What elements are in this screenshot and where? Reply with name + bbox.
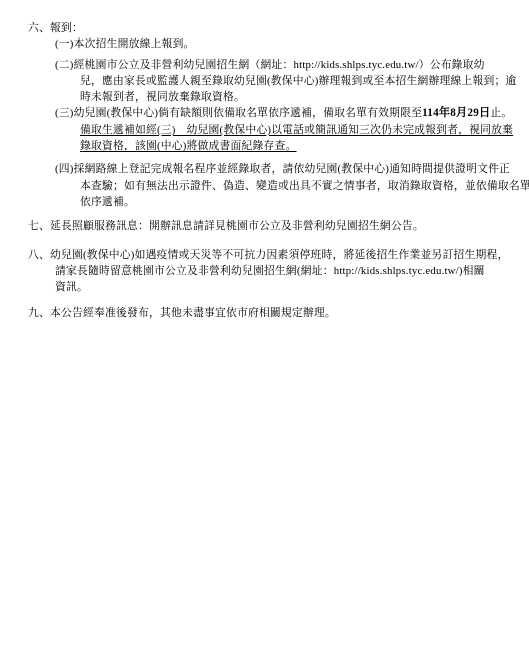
line-text: 幼兒園(教保中心)倘有缺額則依備取名單依序遞補，備取名單有效期限至	[74, 107, 423, 119]
paragraph-spacer	[0, 235, 515, 247]
line-text: 止。	[490, 107, 512, 119]
line-text: 兒，應由家長或監護人親至錄取幼兒園(教保中心)辦理報到或至本招生網辦理線上報到；…	[80, 75, 516, 87]
doc-line: 時未報到者，視同放棄錄取資格。	[0, 89, 515, 105]
line-number-label: 七、	[28, 220, 50, 232]
line-text: 報到：	[50, 22, 83, 34]
line-number-label: 九、	[28, 307, 50, 319]
doc-line: 八、幼兒園(教保中心)如遇疫情或天災等不可抗力因素須停班時，將延後招生作業並另訂…	[0, 247, 515, 263]
underlined-line-text: 備取生遞補如經(三) 幼兒園(教保中心)以電話或簡訊通知三次仍未完成報到者，視同…	[80, 124, 513, 136]
line-number-label: 八、	[28, 249, 50, 261]
doc-line: 資訊。	[0, 279, 515, 295]
line-text: 本查驗；如有無法出示證件、偽造、變造或出具不實之情事者，取消錄取資格，並依備取名…	[80, 180, 529, 192]
underlined-line-text: 錄取資格，該園(中心)將做成書面紀錄存查。	[80, 140, 297, 152]
line-number-label: (二)	[55, 59, 74, 71]
doc-line: 錄取資格，該園(中心)將做成書面紀錄存查。	[0, 138, 515, 154]
line-text: 時未報到者，視同放棄錄取資格。	[80, 91, 245, 103]
doc-line: 依序遞補。	[0, 194, 515, 210]
doc-line: (三)幼兒園(教保中心)倘有缺額則依備取名單依序遞補，備取名單有效期限至114年…	[0, 105, 515, 121]
doc-line: 九、本公告經奉准後發布，其他未盡事宜依市府相關規定辦理。	[0, 305, 515, 321]
paragraph-spacer	[0, 154, 515, 161]
doc-line: 七、延長照顧服務訊息：開辦訊息請詳見桃園市公立及非營利幼兒園招生網公告。	[0, 218, 515, 234]
line-text: 經桃園市公立及非營利幼兒園招生網（網址：http://kids.shlps.ty…	[74, 59, 485, 71]
line-number-label: (四)	[55, 163, 74, 175]
doc-line: 請家長隨時留意桃園市公立及非營利幼兒園招生網(網址：http://kids.sh…	[0, 263, 515, 279]
line-number-label: 六、	[28, 22, 50, 34]
line-text: 依序遞補。	[80, 196, 135, 208]
doc-line: 備取生遞補如經(三) 幼兒園(教保中心)以電話或簡訊通知三次仍未完成報到者，視同…	[0, 122, 515, 138]
doc-line: 六、報到：	[0, 20, 515, 36]
line-text: 本公告經奉准後發布，其他未盡事宜依市府相關規定辦理。	[50, 307, 336, 319]
line-text: 請家長隨時留意桃園市公立及非營利幼兒園招生網(網址：http://kids.sh…	[55, 265, 485, 277]
deadline-date-bold: 114年8月29日	[422, 107, 490, 119]
line-number-label: (三)	[55, 107, 74, 119]
line-text: 本次招生開放線上報到。	[74, 38, 195, 50]
doc-line: (一)本次招生開放線上報到。	[0, 36, 515, 52]
doc-line: 兒，應由家長或監護人親至錄取幼兒園(教保中心)辦理報到或至本招生網辦理線上報到；…	[0, 73, 515, 89]
doc-line: (四)採網路線上登記完成報名程序並經錄取者，請依幼兒園(教保中心)通知時間提供證…	[0, 161, 515, 177]
document-page: 六、報到：(一)本次招生開放線上報到。(二)經桃園市公立及非營利幼兒園招生網（網…	[0, 0, 529, 659]
line-number-label: (一)	[55, 38, 74, 50]
doc-line: 本查驗；如有無法出示證件、偽造、變造或出具不實之情事者，取消錄取資格，並依備取名…	[0, 178, 515, 194]
document-body: 六、報到：(一)本次招生開放線上報到。(二)經桃園市公立及非營利幼兒園招生網（網…	[0, 0, 529, 322]
doc-line: (二)經桃園市公立及非營利幼兒園招生網（網址：http://kids.shlps…	[0, 57, 515, 73]
line-text: 資訊。	[55, 281, 88, 293]
line-text: 幼兒園(教保中心)如遇疫情或天災等不可抗力因素須停班時，將延後招生作業並另訂招生…	[50, 249, 508, 261]
line-text: 採網路線上登記完成報名程序並經錄取者，請依幼兒園(教保中心)通知時間提供證明文件…	[74, 163, 510, 175]
paragraph-spacer	[0, 295, 515, 305]
paragraph-spacer	[0, 210, 515, 218]
line-text: 延長照顧服務訊息：開辦訊息請詳見桃園市公立及非營利幼兒園招生網公告。	[50, 220, 424, 232]
